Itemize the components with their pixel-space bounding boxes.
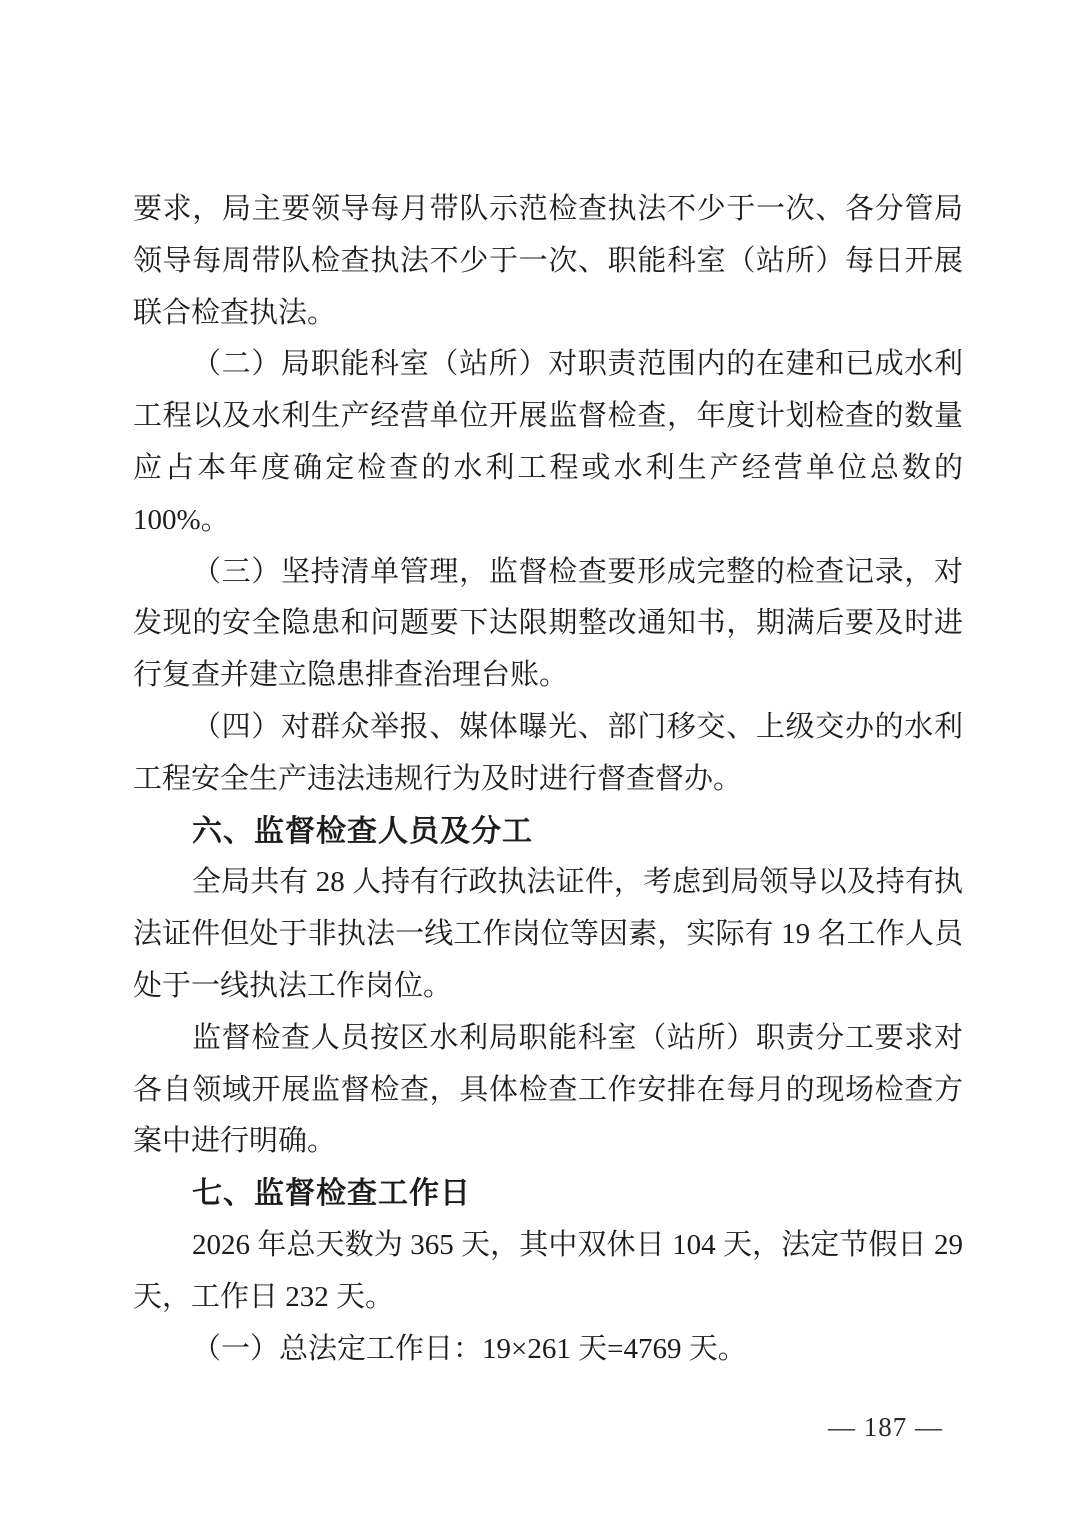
page-number: — 187 — bbox=[828, 1405, 943, 1449]
document-page: 要求，局主要领导每月带队示范检查执法不少于一次、各分管局领导每周带队检查执法不少… bbox=[0, 0, 1074, 1520]
text-line: 联合检查执法。 bbox=[133, 288, 963, 340]
text-line: 应占本年度确定检查的水利工程或水利生产经营单位总数的 bbox=[133, 443, 963, 495]
text-line: 要求，局主要领导每月带队示范检查执法不少于一次、各分管局 bbox=[133, 184, 963, 236]
text-line: 100%。 bbox=[133, 495, 963, 547]
text-line: 天，工作日 232 天。 bbox=[133, 1272, 963, 1324]
text-line: （一）总法定工作日：19×261 天=4769 天。 bbox=[133, 1324, 963, 1376]
text-line: （三）坚持清单管理，监督检查要形成完整的检查记录，对 bbox=[133, 547, 963, 599]
text-line: 领导每周带队检查执法不少于一次、职能科室（站所）每日开展 bbox=[133, 236, 963, 288]
text-line: 监督检查人员按区水利局职能科室（站所）职责分工要求对 bbox=[133, 1013, 963, 1065]
text-line: 各自领域开展监督检查，具体检查工作安排在每月的现场检查方 bbox=[133, 1065, 963, 1117]
text-line: 处于一线执法工作岗位。 bbox=[133, 961, 963, 1013]
text-line: 工程以及水利生产经营单位开展监督检查，年度计划检查的数量 bbox=[133, 391, 963, 443]
text-line: （四）对群众举报、媒体曝光、部门移交、上级交办的水利 bbox=[133, 702, 963, 754]
text-line: 全局共有 28 人持有行政执法证件，考虑到局领导以及持有执 bbox=[133, 857, 963, 909]
text-line: 2026 年总天数为 365 天，其中双休日 104 天，法定节假日 29 bbox=[133, 1220, 963, 1272]
section-heading: 六、监督检查人员及分工 bbox=[133, 806, 963, 858]
text-line: 案中进行明确。 bbox=[133, 1116, 963, 1168]
text-line: 法证件但处于非执法一线工作岗位等因素，实际有 19 名工作人员 bbox=[133, 909, 963, 961]
text-line: 工程安全生产违法违规行为及时进行督查督办。 bbox=[133, 754, 963, 806]
section-heading: 七、监督检查工作日 bbox=[133, 1168, 963, 1220]
document-body: 要求，局主要领导每月带队示范检查执法不少于一次、各分管局领导每周带队检查执法不少… bbox=[133, 184, 963, 1375]
text-line: 行复查并建立隐患排查治理台账。 bbox=[133, 650, 963, 702]
text-line: 发现的安全隐患和问题要下达限期整改通知书，期满后要及时进 bbox=[133, 598, 963, 650]
text-line: （二）局职能科室（站所）对职责范围内的在建和已成水利 bbox=[133, 339, 963, 391]
